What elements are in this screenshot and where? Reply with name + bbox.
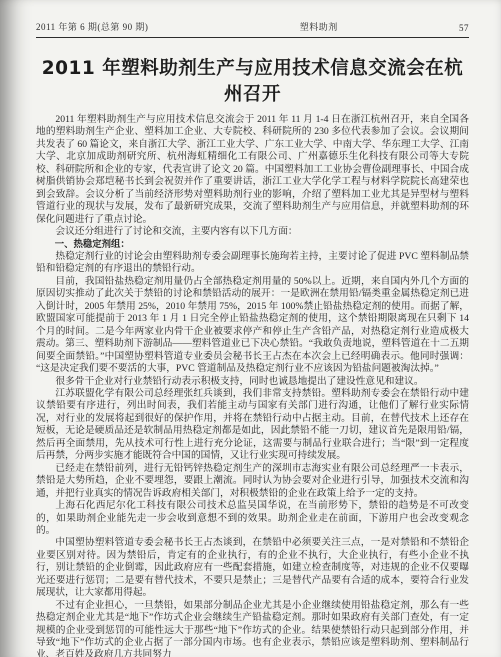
article-title: 2011 年塑料助剂生产与应用技术信息交流会在杭州召开 [36,54,469,106]
article-paragraph: 上海石化西尼尔化工科技有限公司技术总监吴国华说，在当前形势下，禁铅的趋势是不可改… [36,500,469,537]
article-paragraph: 热稳定剂行业的讨论会由塑料助剂专委会副理事长施珣若主持，主要讨论了促进 PVC … [36,251,469,276]
article-paragraph: 很多骨干企业对行业禁铅行动表示积极支持，同时也诚恳地提出了建设性意见和建议。 [36,376,469,388]
article-paragraph: 江苏联盟化学有限公司总经理张红兵谈到，我们非常支持禁铅。塑料助剂专委会在禁铅行动… [36,388,469,463]
issue-info: 2011 年第 6 期(总第 90 期) [36,20,148,33]
article-paragraph: 不过有企业担心，一旦禁铅，如果部分制品企业尤其是小企业继续使用铅盐稳定剂，那么有… [36,600,469,657]
header-divider [36,37,469,38]
journal-name: 塑料助剂 [300,20,338,33]
article-paragraph: 2011 年塑料助剂生产与应用技术信息交流会于 2011 年 11 月 1-4 … [36,114,469,226]
article-paragraph: 会议还分组进行了讨论和交流，主要内容有以下几方面： [36,226,469,238]
page-number: 57 [459,23,469,33]
section-heading-heat-stabilizer-group: 一、热稳定剂组： [36,239,469,251]
article-paragraph: 中国塑协塑料管道专委会秘书长王占杰谈到，在禁铅中必须要关注三点，一是对禁铅和不禁… [36,537,469,599]
journal-header: 2011 年第 6 期(总第 90 期) 塑料助剂 57 [36,0,469,33]
scanned-journal-page: 2011 年第 6 期(总第 90 期) 塑料助剂 57 2011 年塑料助剂生… [0,0,501,657]
article-body: 2011 年塑料助剂生产与应用技术信息交流会于 2011 年 11 月 1-4 … [36,114,469,657]
page-content: 2011 年第 6 期(总第 90 期) 塑料助剂 57 2011 年塑料助剂生… [36,0,469,657]
article-paragraph: 目前，我国铅盐热稳定剂用量仍占全部热稳定剂用量的 50%以上。近期，来自国内外几… [36,276,469,376]
article-paragraph: 已经走在禁铅前列，进行无铅钙锌热稳定剂生产的深圳市志海实业有限公司总经理严一卡表… [36,463,469,500]
